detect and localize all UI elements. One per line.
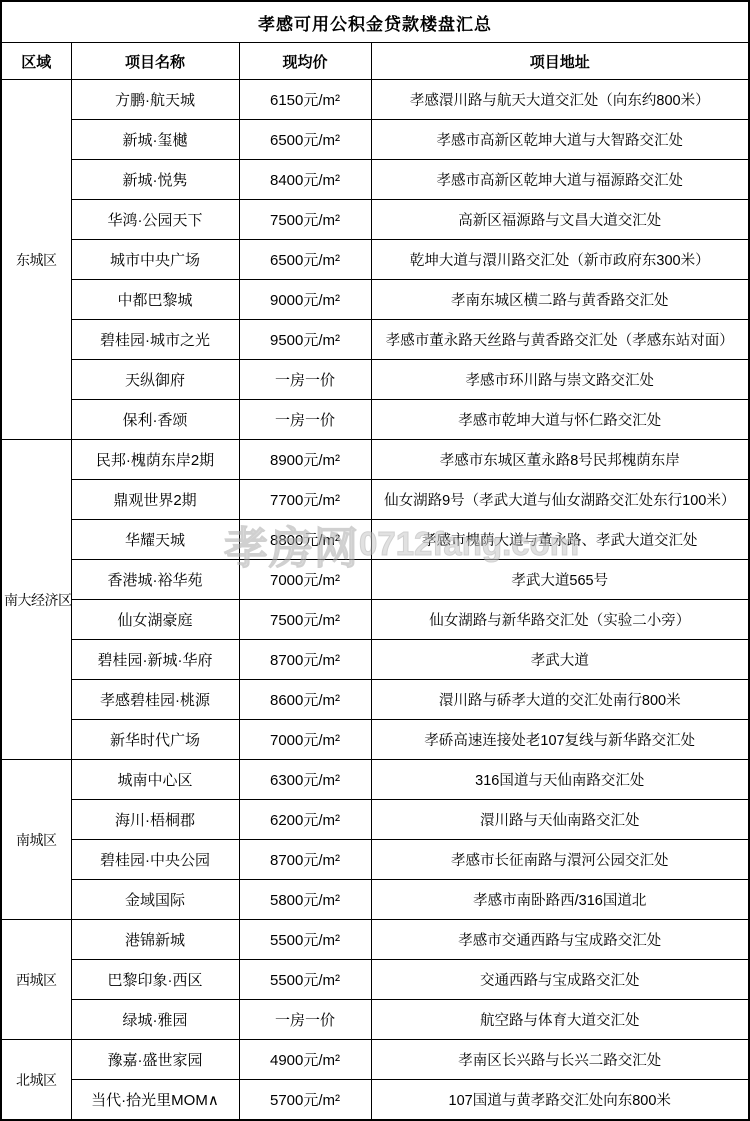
price-cell: 8400元/m² xyxy=(239,160,371,200)
name-cell: 新华时代广场 xyxy=(71,720,239,760)
price-cell: 5500元/m² xyxy=(239,920,371,960)
name-cell: 香港城·裕华苑 xyxy=(71,560,239,600)
page: 孝感可用公积金贷款楼盘汇总 区域 项目名称 现均价 项目地址 东城区方鹏·航天城… xyxy=(0,0,750,1121)
price-cell: 5700元/m² xyxy=(239,1080,371,1121)
table-row: 西城区港锦新城5500元/m²孝感市交通西路与宝成路交汇处 xyxy=(1,920,749,960)
address-cell: 交通西路与宝成路交汇处 xyxy=(371,960,749,1000)
price-cell: 8600元/m² xyxy=(239,680,371,720)
table-body: 东城区方鹏·航天城6150元/m²孝感澴川路与航天大道交汇处（向东约800米）新… xyxy=(1,80,749,1121)
price-cell: 8700元/m² xyxy=(239,640,371,680)
price-cell: 一房一价 xyxy=(239,360,371,400)
header-row: 区域 项目名称 现均价 项目地址 xyxy=(1,43,749,80)
table-row: 新城·悦隽8400元/m²孝感市高新区乾坤大道与福源路交汇处 xyxy=(1,160,749,200)
column-header-name: 项目名称 xyxy=(71,43,239,80)
property-summary-table: 孝感可用公积金贷款楼盘汇总 区域 项目名称 现均价 项目地址 东城区方鹏·航天城… xyxy=(0,0,750,1121)
address-cell: 航空路与体育大道交汇处 xyxy=(371,1000,749,1040)
name-cell: 城南中心区 xyxy=(71,760,239,800)
table-row: 城市中央广场6500元/m²乾坤大道与澴川路交汇处（新市政府东300米） xyxy=(1,240,749,280)
table-row: 南大经济区民邦·槐荫东岸2期8900元/m²孝感市东城区董永路8号民邦槐荫东岸 xyxy=(1,440,749,480)
address-cell: 澴川路与硚孝大道的交汇处南行800米 xyxy=(371,680,749,720)
address-cell: 孝感市长征南路与澴河公园交汇处 xyxy=(371,840,749,880)
address-cell: 孝感市高新区乾坤大道与福源路交汇处 xyxy=(371,160,749,200)
price-cell: 7500元/m² xyxy=(239,600,371,640)
price-cell: 7000元/m² xyxy=(239,560,371,600)
price-cell: 6500元/m² xyxy=(239,240,371,280)
address-cell: 316国道与天仙南路交汇处 xyxy=(371,760,749,800)
address-cell: 孝感澴川路与航天大道交汇处（向东约800米） xyxy=(371,80,749,120)
price-cell: 6300元/m² xyxy=(239,760,371,800)
price-cell: 7500元/m² xyxy=(239,200,371,240)
table-row: 中都巴黎城9000元/m²孝南东城区横二路与黄香路交汇处 xyxy=(1,280,749,320)
name-cell: 民邦·槐荫东岸2期 xyxy=(71,440,239,480)
address-cell: 孝武大道 xyxy=(371,640,749,680)
table-row: 保利·香颂一房一价孝感市乾坤大道与怀仁路交汇处 xyxy=(1,400,749,440)
name-cell: 巴黎印象·西区 xyxy=(71,960,239,1000)
table-row: 仙女湖豪庭7500元/m²仙女湖路与新华路交汇处（实验二小旁） xyxy=(1,600,749,640)
price-cell: 7000元/m² xyxy=(239,720,371,760)
table-row: 当代·拾光里MOM∧5700元/m²107国道与黄孝路交汇处向东800米 xyxy=(1,1080,749,1121)
table-row: 碧桂园·城市之光9500元/m²孝感市董永路天丝路与黄香路交汇处（孝感东站对面） xyxy=(1,320,749,360)
region-cell: 东城区 xyxy=(1,80,71,440)
address-cell: 乾坤大道与澴川路交汇处（新市政府东300米） xyxy=(371,240,749,280)
price-cell: 6150元/m² xyxy=(239,80,371,120)
table-row: 金域国际5800元/m²孝感市南卧路西/316国道北 xyxy=(1,880,749,920)
name-cell: 港锦新城 xyxy=(71,920,239,960)
name-cell: 金域国际 xyxy=(71,880,239,920)
table-row: 东城区方鹏·航天城6150元/m²孝感澴川路与航天大道交汇处（向东约800米） xyxy=(1,80,749,120)
table-row: 华鸿·公园天下7500元/m²高新区福源路与文昌大道交汇处 xyxy=(1,200,749,240)
price-cell: 6200元/m² xyxy=(239,800,371,840)
table-row: 香港城·裕华苑7000元/m²孝武大道565号 xyxy=(1,560,749,600)
price-cell: 9500元/m² xyxy=(239,320,371,360)
name-cell: 海川·梧桐郡 xyxy=(71,800,239,840)
price-cell: 7700元/m² xyxy=(239,480,371,520)
address-cell: 孝南东城区横二路与黄香路交汇处 xyxy=(371,280,749,320)
name-cell: 孝感碧桂园·桃源 xyxy=(71,680,239,720)
address-cell: 仙女湖路与新华路交汇处（实验二小旁） xyxy=(371,600,749,640)
table-row: 海川·梧桐郡6200元/m²澴川路与天仙南路交汇处 xyxy=(1,800,749,840)
table-row: 新华时代广场7000元/m²孝硚高速连接处老107复线与新华路交汇处 xyxy=(1,720,749,760)
page-title: 孝感可用公积金贷款楼盘汇总 xyxy=(1,1,749,43)
name-cell: 碧桂园·城市之光 xyxy=(71,320,239,360)
table-row: 巴黎印象·西区5500元/m²交通西路与宝成路交汇处 xyxy=(1,960,749,1000)
table-row: 南城区城南中心区6300元/m²316国道与天仙南路交汇处 xyxy=(1,760,749,800)
name-cell: 新城·玺樾 xyxy=(71,120,239,160)
price-cell: 9000元/m² xyxy=(239,280,371,320)
address-cell: 仙女湖路9号（孝武大道与仙女湖路交汇处东行100米） xyxy=(371,480,749,520)
table-row: 碧桂园·新城·华府8700元/m²孝武大道 xyxy=(1,640,749,680)
address-cell: 孝感市乾坤大道与怀仁路交汇处 xyxy=(371,400,749,440)
price-cell: 5800元/m² xyxy=(239,880,371,920)
address-cell: 孝南区长兴路与长兴二路交汇处 xyxy=(371,1040,749,1080)
address-cell: 孝感市环川路与崇文路交汇处 xyxy=(371,360,749,400)
address-cell: 孝感市东城区董永路8号民邦槐荫东岸 xyxy=(371,440,749,480)
address-cell: 高新区福源路与文昌大道交汇处 xyxy=(371,200,749,240)
column-header-address: 项目地址 xyxy=(371,43,749,80)
region-cell: 南大经济区 xyxy=(1,440,71,760)
column-header-region: 区域 xyxy=(1,43,71,80)
name-cell: 新城·悦隽 xyxy=(71,160,239,200)
price-cell: 5500元/m² xyxy=(239,960,371,1000)
table-row: 北城区豫嘉·盛世家园4900元/m²孝南区长兴路与长兴二路交汇处 xyxy=(1,1040,749,1080)
address-cell: 孝感市交通西路与宝成路交汇处 xyxy=(371,920,749,960)
name-cell: 天纵御府 xyxy=(71,360,239,400)
table-row: 绿城·雅园一房一价航空路与体育大道交汇处 xyxy=(1,1000,749,1040)
address-cell: 孝硚高速连接处老107复线与新华路交汇处 xyxy=(371,720,749,760)
region-cell: 北城区 xyxy=(1,1040,71,1121)
table-row: 碧桂园·中央公园8700元/m²孝感市长征南路与澴河公园交汇处 xyxy=(1,840,749,880)
name-cell: 鼎观世界2期 xyxy=(71,480,239,520)
name-cell: 豫嘉·盛世家园 xyxy=(71,1040,239,1080)
table-row: 华耀天城8800元/m²孝感市槐荫大道与董永路、孝武大道交汇处 xyxy=(1,520,749,560)
name-cell: 绿城·雅园 xyxy=(71,1000,239,1040)
table-row: 鼎观世界2期7700元/m²仙女湖路9号（孝武大道与仙女湖路交汇处东行100米） xyxy=(1,480,749,520)
price-cell: 一房一价 xyxy=(239,400,371,440)
address-cell: 孝感市董永路天丝路与黄香路交汇处（孝感东站对面） xyxy=(371,320,749,360)
region-cell: 西城区 xyxy=(1,920,71,1040)
address-cell: 孝感市槐荫大道与董永路、孝武大道交汇处 xyxy=(371,520,749,560)
price-cell: 4900元/m² xyxy=(239,1040,371,1080)
address-cell: 孝感市高新区乾坤大道与大智路交汇处 xyxy=(371,120,749,160)
price-cell: 6500元/m² xyxy=(239,120,371,160)
table-row: 新城·玺樾6500元/m²孝感市高新区乾坤大道与大智路交汇处 xyxy=(1,120,749,160)
price-cell: 8900元/m² xyxy=(239,440,371,480)
name-cell: 保利·香颂 xyxy=(71,400,239,440)
table-row: 天纵御府一房一价孝感市环川路与崇文路交汇处 xyxy=(1,360,749,400)
address-cell: 107国道与黄孝路交汇处向东800米 xyxy=(371,1080,749,1121)
address-cell: 孝武大道565号 xyxy=(371,560,749,600)
price-cell: 8800元/m² xyxy=(239,520,371,560)
table-row: 孝感碧桂园·桃源8600元/m²澴川路与硚孝大道的交汇处南行800米 xyxy=(1,680,749,720)
title-row: 孝感可用公积金贷款楼盘汇总 xyxy=(1,1,749,43)
name-cell: 方鹏·航天城 xyxy=(71,80,239,120)
name-cell: 华耀天城 xyxy=(71,520,239,560)
price-cell: 一房一价 xyxy=(239,1000,371,1040)
name-cell: 城市中央广场 xyxy=(71,240,239,280)
name-cell: 仙女湖豪庭 xyxy=(71,600,239,640)
name-cell: 华鸿·公园天下 xyxy=(71,200,239,240)
address-cell: 澴川路与天仙南路交汇处 xyxy=(371,800,749,840)
name-cell: 中都巴黎城 xyxy=(71,280,239,320)
price-cell: 8700元/m² xyxy=(239,840,371,880)
name-cell: 碧桂园·新城·华府 xyxy=(71,640,239,680)
name-cell: 碧桂园·中央公园 xyxy=(71,840,239,880)
name-cell: 当代·拾光里MOM∧ xyxy=(71,1080,239,1121)
address-cell: 孝感市南卧路西/316国道北 xyxy=(371,880,749,920)
region-cell: 南城区 xyxy=(1,760,71,920)
column-header-price: 现均价 xyxy=(239,43,371,80)
